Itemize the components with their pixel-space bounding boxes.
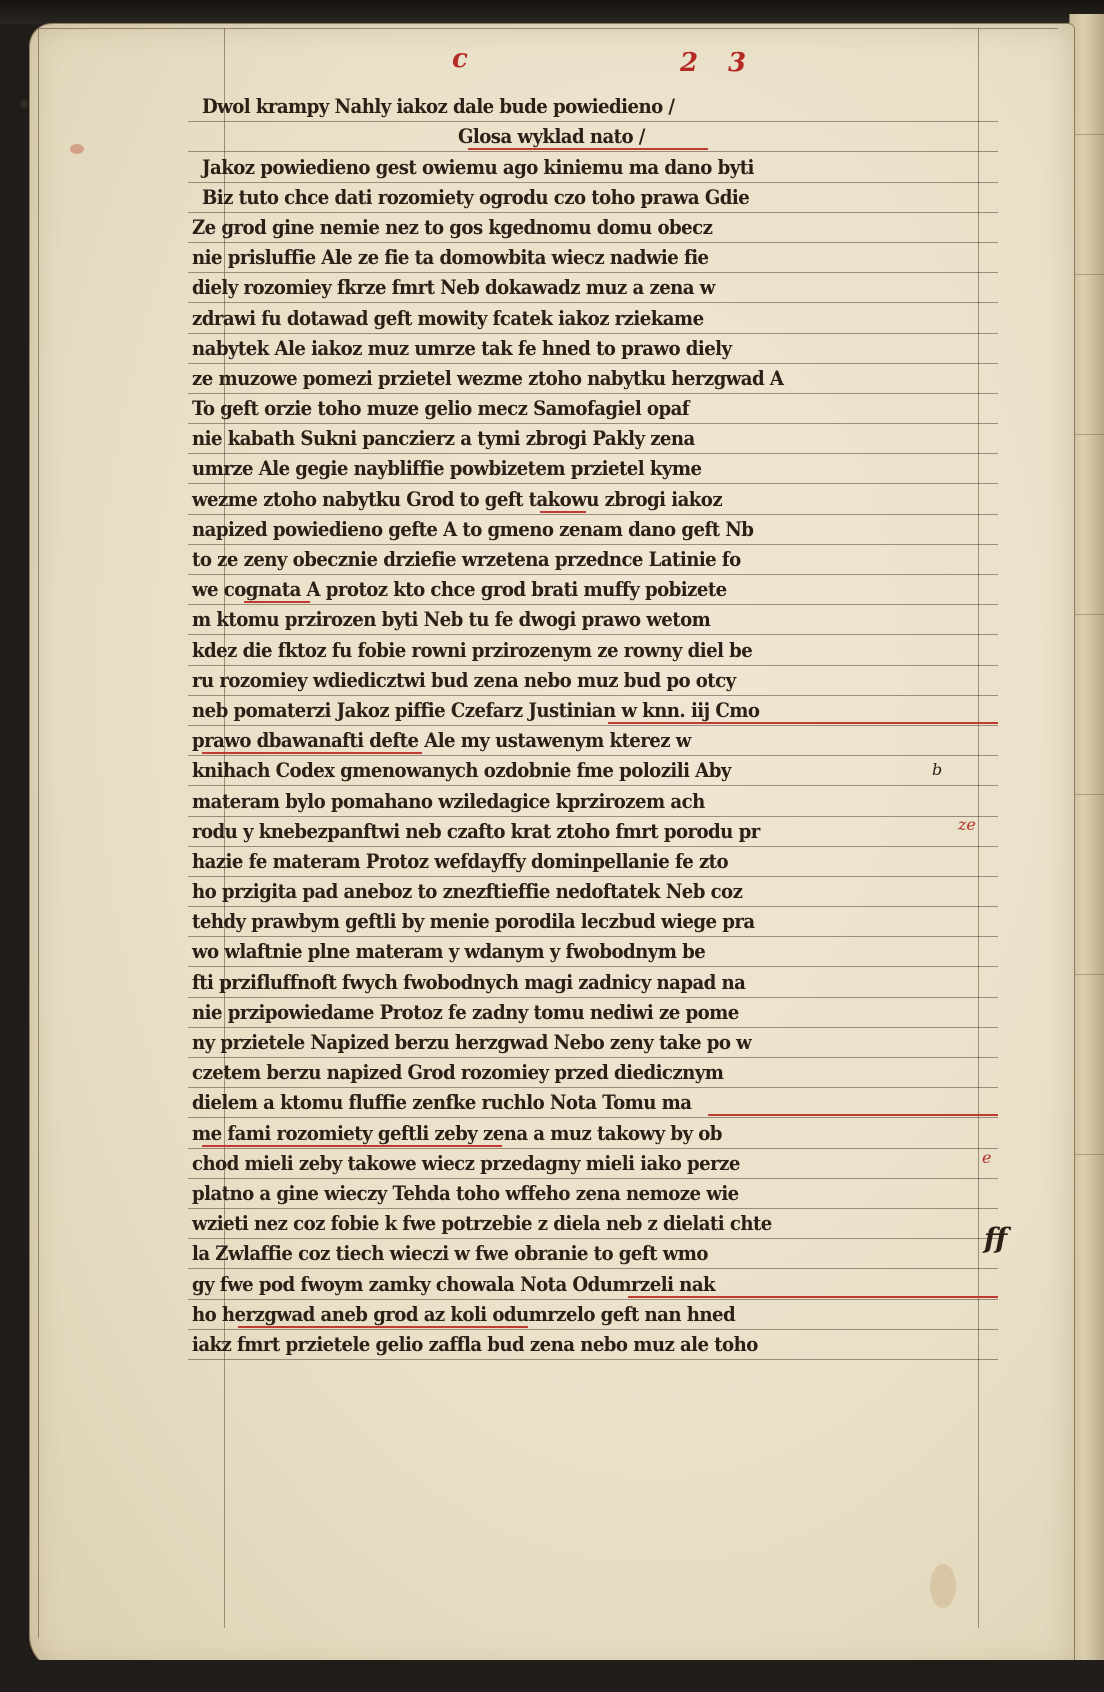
- text-line: umrze Ale gegie naybliffie powbizetem pr…: [188, 454, 998, 484]
- margin-note-ff: ff: [984, 1222, 1007, 1255]
- text-line: diely rozomiey fkrze fmrt Neb dokawadz m…: [188, 273, 998, 303]
- rubric-underline: [540, 511, 586, 513]
- text-line: tehdy prawbym geftli by menie porodila l…: [188, 907, 998, 937]
- text-line: to ze zeny obecznie drziefie wrzetena pr…: [188, 545, 998, 575]
- rubric-underline: [708, 1114, 998, 1116]
- left-outer-ruling: [38, 28, 39, 1638]
- text-line: la Zwlaffie coz tiech wieczi w fwe obran…: [188, 1239, 998, 1269]
- line-text: nie przipowiedame Protoz fe zadny tomu n…: [192, 1001, 739, 1024]
- text-line: nie prisluffie Ale ze fie ta domowbita w…: [188, 243, 998, 273]
- line-text: rodu y knebezpanftwi neb czafto krat zto…: [192, 820, 760, 843]
- text-line: ho herzgwad aneb grod az koli odumrzelo …: [188, 1300, 998, 1330]
- scan-backdrop-top: [0, 0, 1104, 24]
- scan-backdrop-bottom: [30, 1660, 1104, 1692]
- text-line: napized powiedieno gefte A to gmeno zena…: [188, 515, 998, 545]
- text-line: kdez die fktoz fu fobie rowni przirozeny…: [188, 635, 998, 665]
- text-line: hazie fe materam Protoz wefdayffy dominp…: [188, 847, 998, 877]
- line-text: kdez die fktoz fu fobie rowni przirozeny…: [192, 639, 752, 662]
- rubric-underline: [468, 148, 708, 150]
- line-text: ze muzowe pomezi przietel wezme ztoho na…: [192, 367, 783, 390]
- text-line: gy fwe pod fwoym zamky chowala Nota Odum…: [188, 1269, 998, 1299]
- line-text: iakz fmrt przietele gelio zaffla bud zen…: [192, 1333, 758, 1356]
- text-line: ru rozomiey wdiedicztwi bud zena nebo mu…: [188, 666, 998, 696]
- text-line: ny przietele Napized berzu herzgwad Nebo…: [188, 1028, 998, 1058]
- line-text: wezme ztoho nabytku Grod to geft takowu …: [192, 488, 722, 511]
- text-line: neb pomaterzi Jakoz piffie Czefarz Justi…: [188, 696, 998, 726]
- text-line: chod mieli zeby takowe wiecz przedagny m…: [188, 1149, 998, 1179]
- quire-mark: c: [452, 44, 468, 74]
- line-text: Biz tuto chce dati rozomiety ogrodu czo …: [202, 186, 749, 209]
- line-text: ho przigita pad aneboz to znezftieffie n…: [192, 880, 742, 903]
- line-text: Ze grod gine nemie nez to gos kgednomu d…: [192, 216, 712, 239]
- line-text: nie prisluffie Ale ze fie ta domowbita w…: [192, 246, 709, 269]
- rubric-underline: [238, 1326, 528, 1328]
- line-text: la Zwlaffie coz tiech wieczi w fwe obran…: [192, 1242, 708, 1265]
- text-line: prawo dbawanafti defte Ale my ustawenym …: [188, 726, 998, 756]
- line-text: diely rozomiey fkrze fmrt Neb dokawadz m…: [192, 276, 715, 299]
- text-line: knihach Codex gmenowanych ozdobnie fme p…: [188, 756, 998, 786]
- text-line: me fami rozomiety geftli zeby zena a muz…: [188, 1118, 998, 1148]
- line-text: wo wlaftnie plne materam y wdanym y fwob…: [192, 940, 705, 963]
- text-line: platno a gine wieczy Tehda toho wffeho z…: [188, 1179, 998, 1209]
- rubric-underline: [202, 752, 422, 754]
- water-stain: [930, 1564, 956, 1608]
- line-text: tehdy prawbym geftli by menie porodila l…: [192, 910, 755, 933]
- text-line: materam bylo pomahano wziledagice kprzir…: [188, 786, 998, 816]
- text-line: ho przigita pad aneboz to znezftieffie n…: [188, 877, 998, 907]
- line-text: prawo dbawanafti defte Ale my ustawenym …: [192, 729, 691, 752]
- line-text: we cognata A protoz kto chce grod brati …: [192, 578, 727, 601]
- line-text: Jakoz powiedieno gest owiemu ago kiniemu…: [202, 156, 754, 179]
- line-text: nabytek Ale iakoz muz umrze tak fe hned …: [192, 337, 732, 360]
- line-text: chod mieli zeby takowe wiecz przedagny m…: [192, 1152, 740, 1175]
- text-line: m ktomu przirozen byti Neb tu fe dwogi p…: [188, 605, 998, 635]
- red-stain: [70, 144, 84, 154]
- subheading-line: Glosa wyklad nato /: [188, 122, 998, 152]
- text-line: To geft orzie toho muze gelio mecz Samof…: [188, 394, 998, 424]
- text-line: czetem berzu napized Grod rozomiey przed…: [188, 1058, 998, 1088]
- adjacent-leaf-edge: [1069, 14, 1104, 1664]
- text-line: nie przipowiedame Protoz fe zadny tomu n…: [188, 998, 998, 1028]
- text-line: Jakoz powiedieno gest owiemu ago kiniemu…: [188, 152, 998, 182]
- text-line: ze muzowe pomezi przietel wezme ztoho na…: [188, 364, 998, 394]
- text-line: dielem a ktomu fluffie zenfke ruchlo Not…: [188, 1088, 998, 1118]
- text-line: nabytek Ale iakoz muz umrze tak fe hned …: [188, 334, 998, 364]
- line-text: ru rozomiey wdiedicztwi bud zena nebo mu…: [192, 669, 736, 692]
- folio-number-tens: 2: [680, 48, 698, 78]
- text-line: wezme ztoho nabytku Grod to geft takowu …: [188, 484, 998, 514]
- top-ruling: [38, 28, 1058, 29]
- line-text: To geft orzie toho muze gelio mecz Samof…: [192, 397, 689, 420]
- heading-line: Dwol krampy Nahly iakoz dale bude powied…: [188, 92, 998, 122]
- line-text: fti przifluffnoft fwych fwobodnych magi …: [192, 971, 745, 994]
- text-line: wo wlaftnie plne materam y wdanym y fwob…: [188, 937, 998, 967]
- text-line: fti przifluffnoft fwych fwobodnych magi …: [188, 967, 998, 997]
- line-text: wzieti nez coz fobie k fwe potrzebie z d…: [192, 1212, 772, 1235]
- text-line: Biz tuto chce dati rozomiety ogrodu czo …: [188, 183, 998, 213]
- text-column: Dwol krampy Nahly iakoz dale bude powied…: [188, 92, 998, 1360]
- text-line: nie kabath Sukni panczierz a tymi zbrogi…: [188, 424, 998, 454]
- text-line: wzieti nez coz fobie k fwe potrzebie z d…: [188, 1209, 998, 1239]
- text-line: Ze grod gine nemie nez to gos kgednomu d…: [188, 213, 998, 243]
- gloss-heading: Glosa wyklad nato /: [458, 125, 645, 148]
- rubric-underline: [202, 1145, 502, 1147]
- line-text: platno a gine wieczy Tehda toho wffeho z…: [192, 1182, 739, 1205]
- prick-hole: [20, 100, 28, 108]
- line-text: m ktomu przirozen byti Neb tu fe dwogi p…: [192, 608, 710, 631]
- margin-note: e: [982, 1148, 991, 1167]
- line-text: czetem berzu napized Grod rozomiey przed…: [192, 1061, 723, 1084]
- folio-header: c 2 3: [0, 48, 1104, 88]
- line-text: me fami rozomiety geftli zeby zena a muz…: [192, 1122, 722, 1145]
- line-text: umrze Ale gegie naybliffie powbizetem pr…: [192, 457, 701, 480]
- line-text: neb pomaterzi Jakoz piffie Czefarz Justi…: [192, 699, 759, 722]
- text-line: zdrawi fu dotawad geft mowity fcatek iak…: [188, 303, 998, 333]
- line-text: napized powiedieno gefte A to gmeno zena…: [192, 518, 753, 541]
- chapter-heading: Dwol krampy Nahly iakoz dale bude powied…: [202, 95, 674, 118]
- line-text: zdrawi fu dotawad geft mowity fcatek iak…: [192, 307, 704, 330]
- line-text: nie kabath Sukni panczierz a tymi zbrogi…: [192, 427, 695, 450]
- text-line: rodu y knebezpanftwi neb czafto krat zto…: [188, 817, 998, 847]
- folio-number-units: 3: [728, 48, 746, 78]
- line-text: ho herzgwad aneb grod az koli odumrzelo …: [192, 1303, 735, 1326]
- line-text: dielem a ktomu fluffie zenfke ruchlo Not…: [192, 1091, 691, 1114]
- rubric-underline: [608, 722, 998, 724]
- line-text: hazie fe materam Protoz wefdayffy dominp…: [192, 850, 728, 873]
- text-line: iakz fmrt przietele gelio zaffla bud zen…: [188, 1330, 998, 1360]
- rubric-underline: [628, 1296, 998, 1298]
- margin-note: ze: [958, 815, 976, 834]
- line-text: knihach Codex gmenowanych ozdobnie fme p…: [192, 759, 731, 782]
- margin-note: b: [932, 760, 942, 779]
- line-text: ny przietele Napized berzu herzgwad Nebo…: [192, 1031, 751, 1054]
- line-text: materam bylo pomahano wziledagice kprzir…: [192, 790, 705, 813]
- line-text: gy fwe pod fwoym zamky chowala Nota Odum…: [192, 1273, 715, 1296]
- line-text: to ze zeny obecznie drziefie wrzetena pr…: [192, 548, 741, 571]
- rubric-underline: [244, 601, 310, 603]
- text-line: we cognata A protoz kto chce grod brati …: [188, 575, 998, 605]
